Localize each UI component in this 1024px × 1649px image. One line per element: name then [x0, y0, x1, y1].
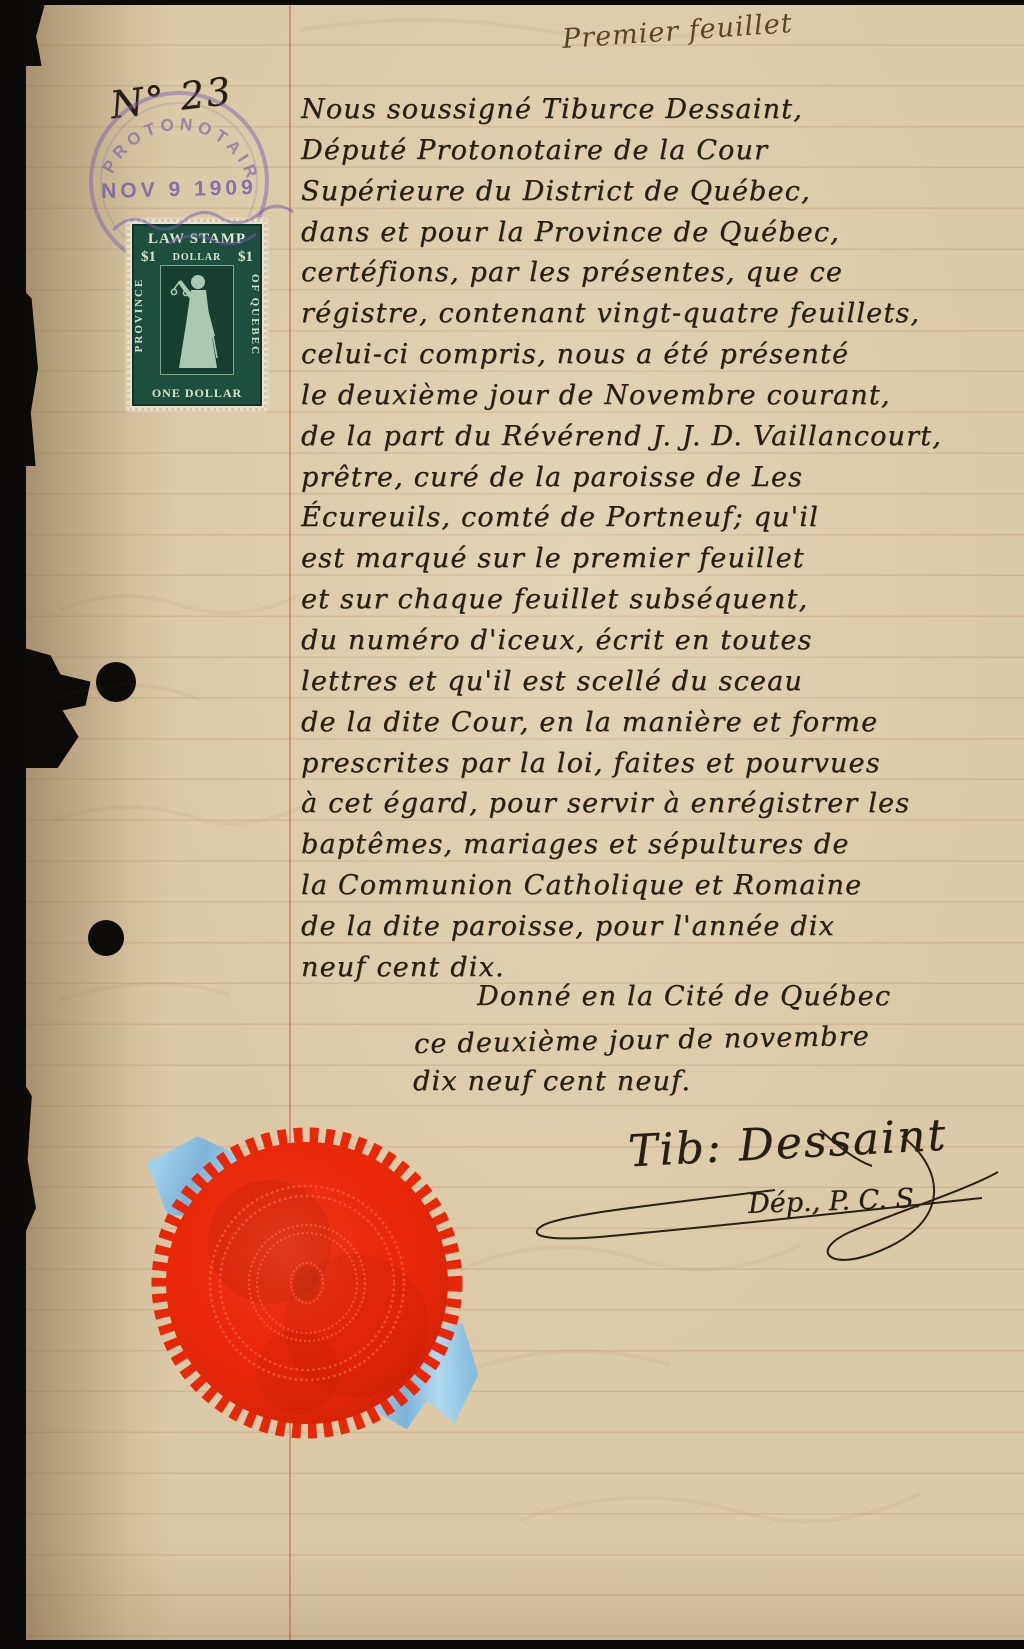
punch-hole	[96, 662, 136, 702]
handwriting-line: dans et pour la Province de Québec,	[301, 217, 1013, 258]
handwriting-line: certéfions, par les présentes, que ce	[301, 257, 1013, 298]
handwriting-line: à cet égard, pour servir à enrégistrer l…	[301, 788, 1013, 829]
handwriting-line: régistre, contenant vingt-quatre feuille…	[301, 298, 1013, 339]
law-stamp-face: LAW STAMP $1 DOLLAR $1 PROVINCE OF QUEBE…	[132, 224, 262, 406]
stamp-arc-text: PROTONOTAIRE	[84, 86, 263, 185]
handwriting-line: et sur chaque feuillet subséquent,	[301, 584, 1013, 625]
closing-line-3: dix neuf cent neuf.	[413, 1066, 691, 1097]
handwriting-line: du numéro d'iceux, écrit en toutes	[301, 625, 1013, 666]
law-stamp-side-province: PROVINCE	[133, 278, 145, 353]
handwriting-line: Supérieure du District de Québec,	[301, 176, 1013, 217]
handwriting-line: est marqué sur le premier feuillet	[301, 543, 1013, 584]
handwriting-line: baptêmes, mariages et sépultures de	[301, 829, 1013, 870]
closing-line-1: Donné en la Cité de Québec	[477, 981, 891, 1012]
cancellation-mark	[108, 200, 298, 250]
law-stamp-value-row: $1 DOLLAR $1	[134, 248, 260, 266]
svg-text:PROTONOTAIRE: PROTONOTAIRE	[84, 86, 263, 185]
document-scan: Premier feuillet N° 23 PROTONOTAIRE NOV …	[0, 0, 1024, 1649]
handwriting-line: de la dite Cour, en la manière et forme	[301, 707, 1013, 748]
handwriting-line: prêtre, curé de la paroisse de Les	[301, 462, 1013, 503]
handwriting-line: Nous soussigné Tiburce Dessaint,	[301, 94, 1013, 135]
law-stamp-side-quebec: OF QUEBEC	[249, 274, 261, 356]
handwriting-line: prescrites par la loi, faites et pourvue…	[301, 748, 1013, 789]
handwriting-line: de la dite paroisse, pour l'année dix	[301, 911, 1013, 952]
law-stamp-footer: ONE DOLLAR	[134, 386, 260, 401]
handwriting-line: Député Protonotaire de la Cour	[301, 135, 1013, 176]
value-word: DOLLAR	[173, 252, 222, 263]
handwriting-line: la Communion Catholique et Romaine	[301, 870, 1013, 911]
justice-figure	[160, 265, 234, 375]
value-left: $1	[141, 249, 156, 266]
signature-title: Dép., P. C. S.	[748, 1183, 922, 1220]
handwriting-line: le deuxième jour de Novembre courant,	[301, 380, 1013, 421]
handwriting-line: lettres et qu'il est scellé du sceau	[301, 666, 1013, 707]
notary-seal	[148, 1124, 466, 1442]
value-right: $1	[238, 249, 253, 266]
body-text: Nous soussigné Tiburce Dessaint,Député P…	[301, 94, 1013, 993]
punch-hole	[88, 920, 124, 956]
handwriting-line: de la part du Révérend J. J. D. Vaillanc…	[301, 421, 1013, 462]
handwriting-line: celui-ci compris, nous a été présenté	[301, 339, 1013, 380]
handwriting-line: Écureuils, comté de Portneuf; qu'il	[301, 502, 1013, 543]
